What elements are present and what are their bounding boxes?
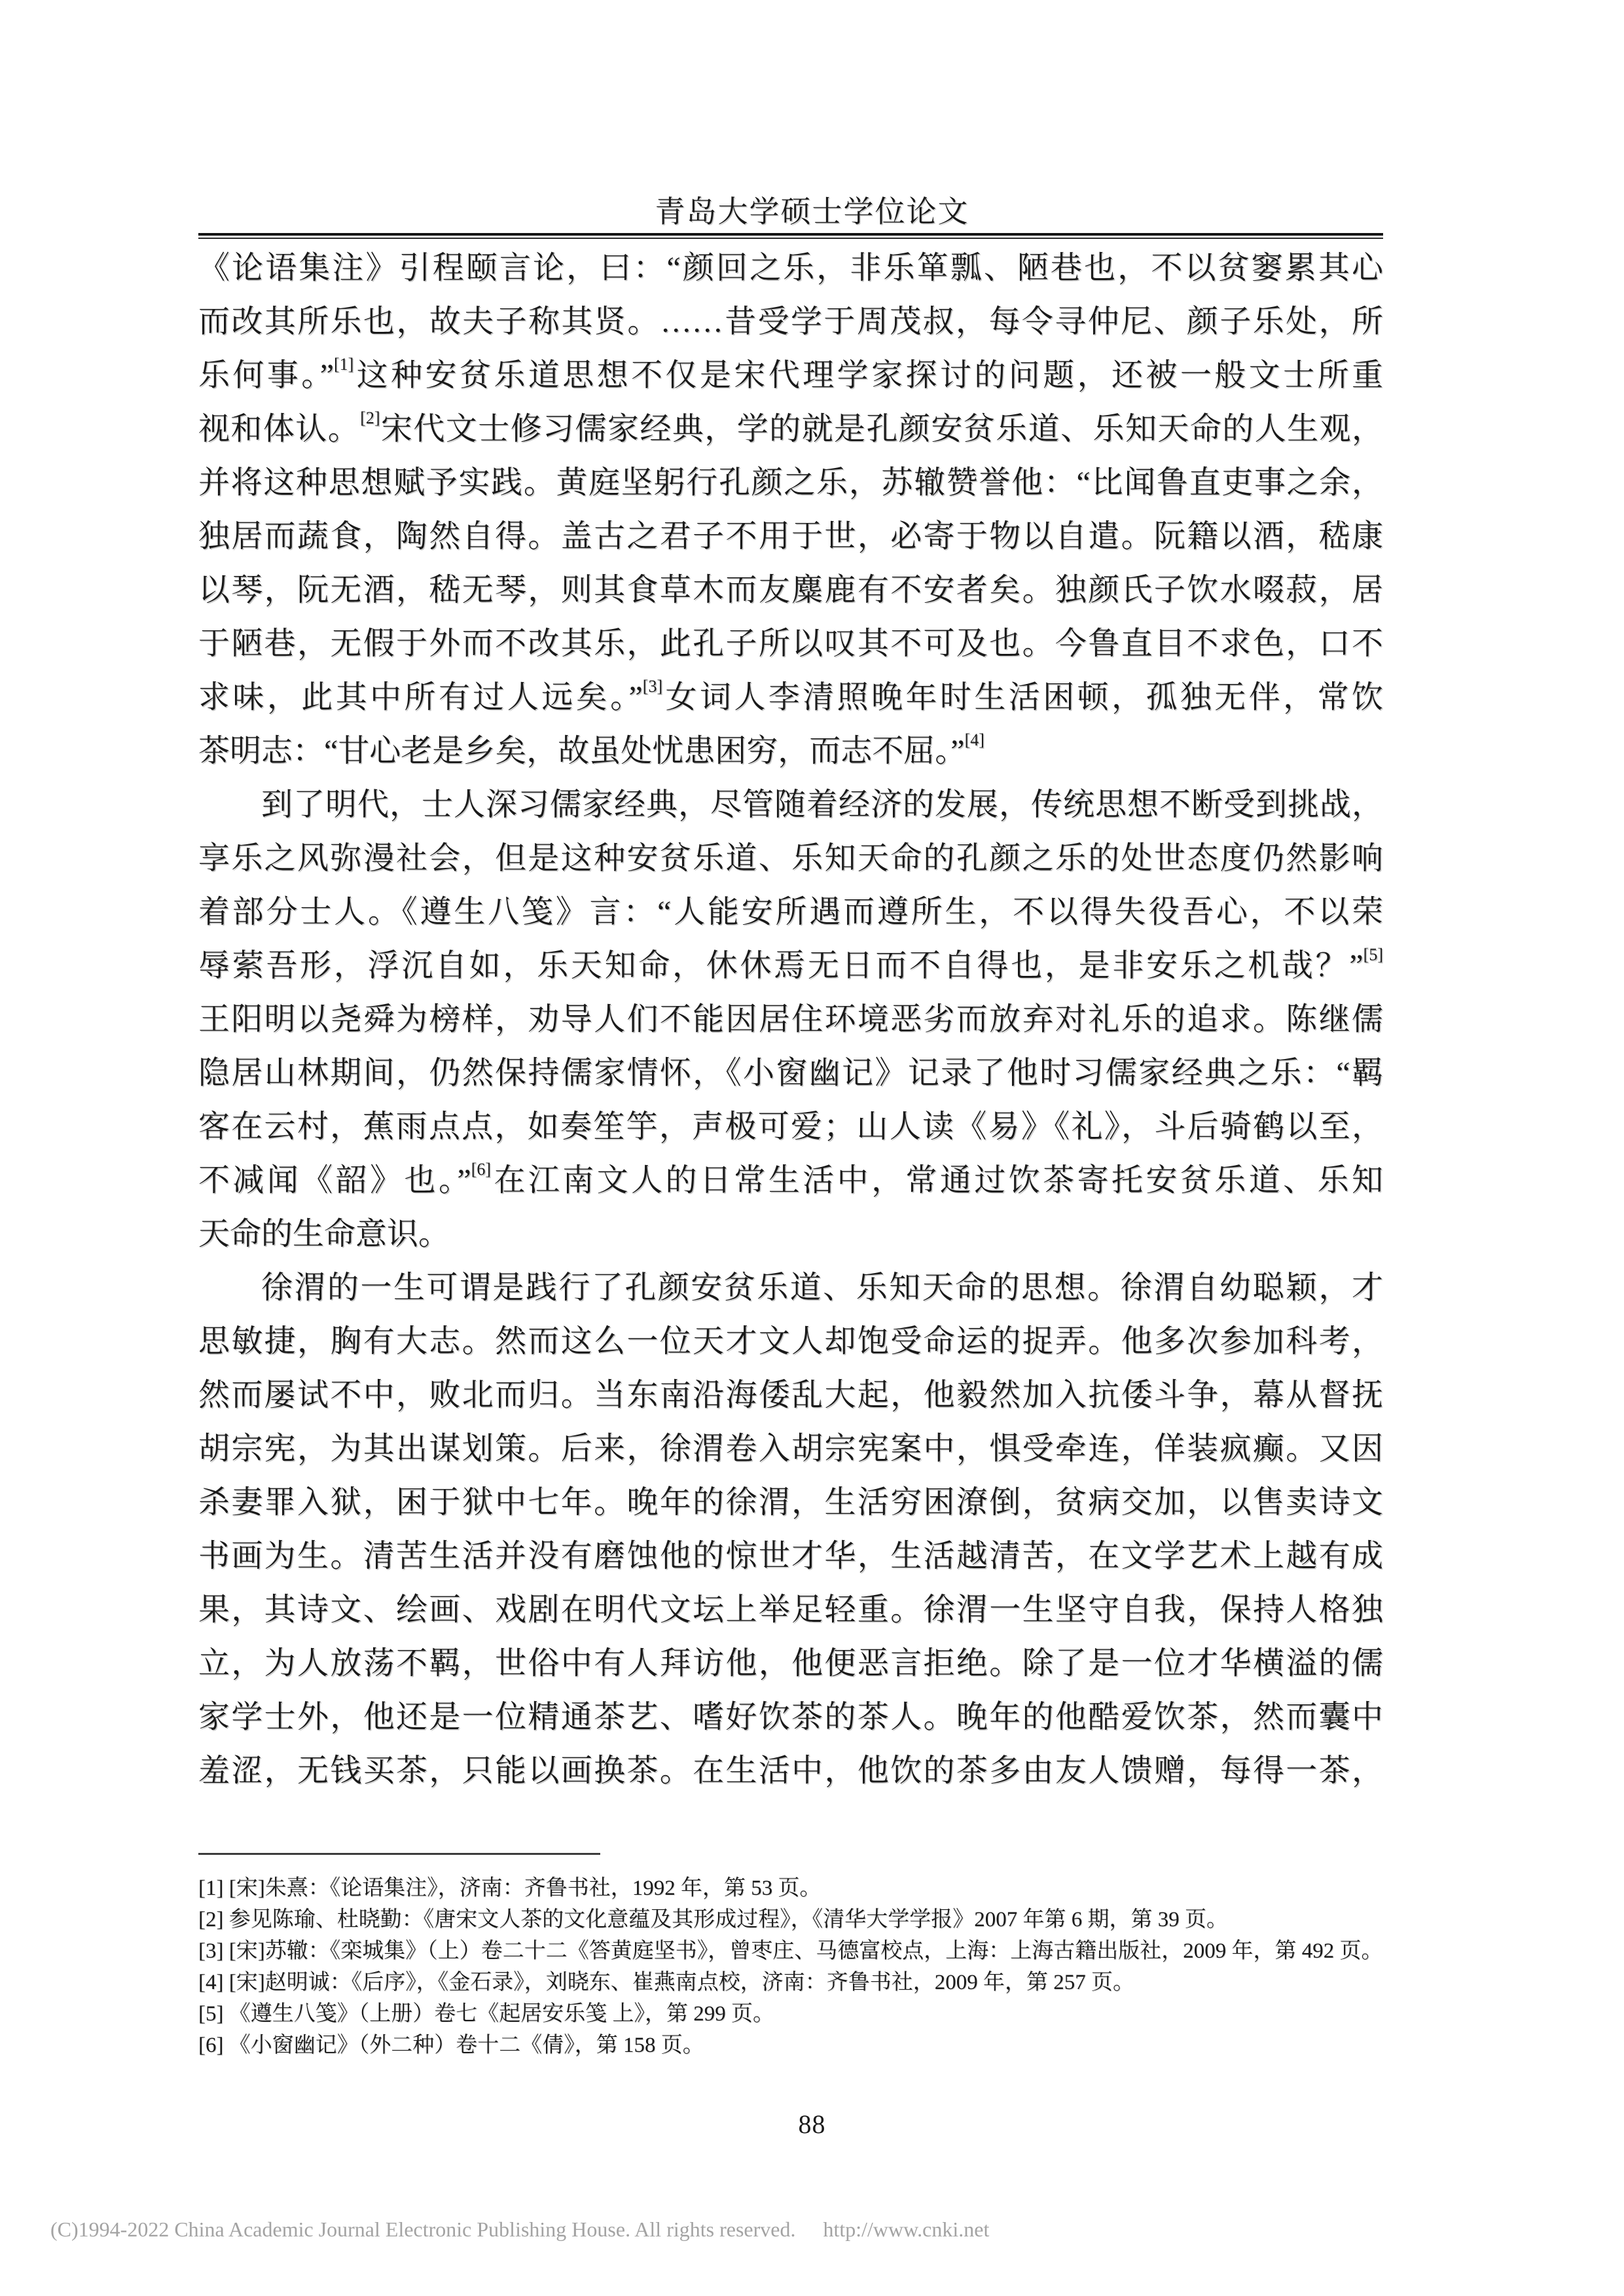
body-line: 辱萦吾形，浮沉自如，乐天知命，休休焉无日而不自得也，是非安乐之机哉？”[5] bbox=[198, 939, 1383, 993]
body-line: 独居而蔬食，陶然自得。盖古之君子不用于世，必寄于物以自遣。阮籍以酒，嵇康 bbox=[198, 510, 1383, 564]
body-line: 并将这种思想赋予实践。黄庭坚躬行孔颜之乐，苏辙赞誉他：“比闻鲁直吏事之余， bbox=[198, 456, 1383, 510]
body-line: 享乐之风弥漫社会，但是这种安贫乐道、乐知天命的孔颜之乐的处世态度仍然影响 bbox=[198, 832, 1383, 886]
footnote-item-4: [4] [宋]赵明诚：《后序》，《金石录》，刘晓东、崔燕南点校，济南：齐鲁书社，… bbox=[198, 1967, 1383, 1998]
footnote-item-2: [2] 参见陈瑜、杜晓勤：《唐宋文人茶的文化意蕴及其形成过程》，《清华大学学报》… bbox=[198, 1904, 1383, 1935]
body-line: 杀妻罪入狱，困于狱中七年。晚年的徐渭，生活穷困潦倒，贫病交加，以售卖诗文 bbox=[198, 1476, 1383, 1530]
footnote-ref-5: [5] bbox=[1363, 945, 1383, 964]
body-line: 立，为人放荡不羁，世俗中有人拜访他，他便恶言拒绝。除了是一位才华横溢的儒 bbox=[198, 1637, 1383, 1691]
footnote-ref-2: [2] bbox=[360, 408, 380, 427]
body-line: 于陋巷，无假于外而不改其乐，此孔子所以叹其不可及也。今鲁直目不求色，口不 bbox=[198, 617, 1383, 671]
footnote-item-6: [6] 《小窗幽记》（外二种）卷十二《倩》，第 158 页。 bbox=[198, 2030, 1383, 2061]
header-rule bbox=[198, 233, 1383, 239]
body-line: 羞涩，无钱买茶，只能以画换茶。在生活中，他饮的茶多由友人馈赠，每得一茶， bbox=[198, 1744, 1383, 1798]
body-line: 乐何事。”[1]这种安贫乐道思想不仅是宋代理学家探讨的问题，还被一般文士所重 bbox=[198, 349, 1383, 403]
body-line: 茶明志：“甘心老是乡矣，故虽处忧患困穷，而志不屈。”[4] bbox=[198, 725, 1383, 778]
paragraph-3: 徐渭的一生可谓是践行了孔颜安贫乐道、乐知天命的思想。徐渭自幼聪颖，才思敏捷，胸有… bbox=[198, 1261, 1383, 1798]
footnote-item-5: [5] 《遵生八笺》（上册）卷七《起居安乐笺 上》，第 299 页。 bbox=[198, 1998, 1383, 2030]
page-header-title: 青岛大学硕士学位论文 bbox=[0, 195, 1624, 229]
footnote-separator bbox=[198, 1853, 600, 1855]
body-line: 书画为生。清苦生活并没有磨蚀他的惊世才华，生活越清苦，在文学艺术上越有成 bbox=[198, 1530, 1383, 1583]
footnote-item-1: [1] [宋]朱熹：《论语集注》，济南：齐鲁书社，1992 年，第 53 页。 bbox=[198, 1873, 1383, 1904]
body-line: 家学士外，他还是一位精通茶艺、嗜好饮茶的茶人。晚年的他酷爱饮茶，然而囊中 bbox=[198, 1691, 1383, 1744]
body-line: 着部分士人。《遵生八笺》言：“人能安所遇而遵所生，不以得失役吾心，不以荣 bbox=[198, 886, 1383, 939]
footnote-ref-1: [1] bbox=[334, 355, 353, 374]
footer-url: http://www.cnki.net bbox=[823, 2217, 989, 2241]
body-line: 客在云村，蕉雨点点，如奏笙竽，声极可爱；山人读《易》《礼》，斗后骑鹤以至， bbox=[198, 1100, 1383, 1154]
body-line: 思敏捷，胸有大志。然而这么一位天才文人却饱受命运的捉弄。他多次参加科考， bbox=[198, 1315, 1383, 1369]
footnote-ref-4: [4] bbox=[965, 730, 984, 749]
footnote-ref-3: [3] bbox=[643, 677, 662, 696]
body-line: 徐渭的一生可谓是践行了孔颜安贫乐道、乐知天命的思想。徐渭自幼聪颖，才 bbox=[198, 1261, 1383, 1315]
cnki-footer: (C)1994-2022 China Academic Journal Elec… bbox=[50, 2217, 1556, 2242]
thesis-page: 青岛大学硕士学位论文 《论语集注》引程颐言论，曰：“颜回之乐，非乐箪瓢、陋巷也，… bbox=[0, 0, 1624, 2296]
footnotes-section: [1] [宋]朱熹：《论语集注》，济南：齐鲁书社，1992 年，第 53 页。[… bbox=[198, 1873, 1383, 2061]
body-line: 然而屡试不中，败北而归。当东南沿海倭乱大起，他毅然加入抗倭斗争，幕从督抚 bbox=[198, 1369, 1383, 1422]
page-number: 88 bbox=[0, 2109, 1624, 2140]
body-line: 视和体认。[2]宋代文士修习儒家经典，学的就是孔颜安贫乐道、乐知天命的人生观， bbox=[198, 403, 1383, 456]
body-line: 王阳明以尧舜为榜样，劝导人们不能因居住环境恶劣而放弃对礼乐的追求。陈继儒 bbox=[198, 993, 1383, 1047]
body-line: 《论语集注》引程颐言论，曰：“颜回之乐，非乐箪瓢、陋巷也，不以贫窭累其心 bbox=[198, 242, 1383, 295]
paragraph-2: 到了明代，士人深习儒家经典，尽管随着经济的发展，传统思想不断受到挑战，享乐之风弥… bbox=[198, 778, 1383, 1261]
body-line: 以琴，阮无酒，嵇无琴，则其食草木而友麋鹿有不安者矣。独颜氏子饮水啜菽，居 bbox=[198, 564, 1383, 617]
body-line: 不减闻《韶》也。”[6]在江南文人的日常生活中，常通过饮茶寄托安贫乐道、乐知 bbox=[198, 1154, 1383, 1208]
body-line: 果，其诗文、绘画、戏剧在明代文坛上举足轻重。徐渭一生坚守自我，保持人格独 bbox=[198, 1583, 1383, 1637]
body-line: 到了明代，士人深习儒家经典，尽管随着经济的发展，传统思想不断受到挑战， bbox=[198, 778, 1383, 832]
body-line: 天命的生命意识。 bbox=[198, 1208, 1383, 1261]
footer-copyright: (C)1994-2022 China Academic Journal Elec… bbox=[50, 2217, 795, 2241]
body-line: 胡宗宪，为其出谋划策。后来，徐渭卷入胡宗宪案中，惧受牵连，佯装疯癫。又因 bbox=[198, 1422, 1383, 1476]
body-line: 隐居山林期间，仍然保持儒家情怀，《小窗幽记》记录了他时习儒家经典之乐：“羁 bbox=[198, 1047, 1383, 1100]
paragraph-1: 《论语集注》引程颐言论，曰：“颜回之乐，非乐箪瓢、陋巷也，不以贫窭累其心而改其所… bbox=[198, 242, 1383, 778]
body-line: 求味，此其中所有过人远矣。”[3]女词人李清照晚年时生活困顿，孤独无伴，常饮 bbox=[198, 671, 1383, 725]
footnote-ref-6: [6] bbox=[471, 1160, 491, 1179]
body-text: 《论语集注》引程颐言论，曰：“颜回之乐，非乐箪瓢、陋巷也，不以贫窭累其心而改其所… bbox=[198, 242, 1383, 1798]
body-line: 而改其所乐也，故夫子称其贤。……昔受学于周茂叔，每令寻仲尼、颜子乐处，所 bbox=[198, 295, 1383, 349]
footnote-item-3: [3] [宋]苏辙：《栾城集》（上）卷二十二《答黄庭坚书》，曾枣庄、马德富校点，… bbox=[198, 1935, 1383, 1967]
